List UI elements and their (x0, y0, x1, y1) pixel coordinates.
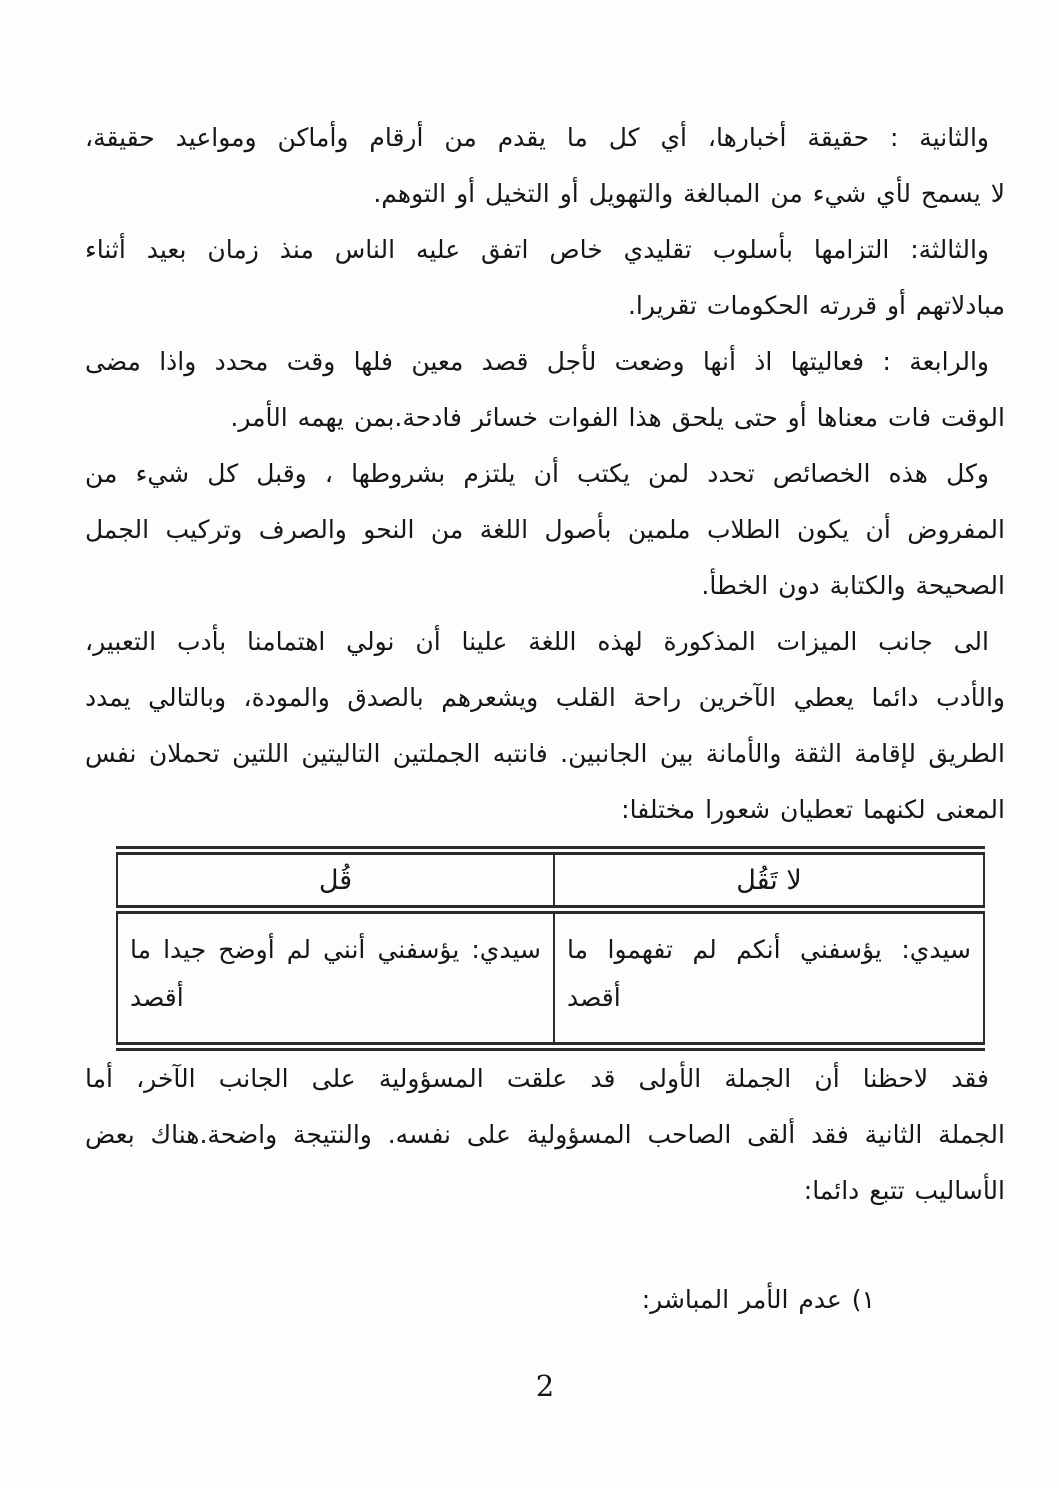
text-line: والأدب دائما يعطي الآخرين راحة القلب ويش… (85, 670, 1005, 726)
table-body-row: سيدي: يؤسفني أنكم لم تفهموا ما أقصد سيدي… (117, 910, 984, 1047)
cell-say: سيدي: يؤسفني أنني لم أوضح جيدا ما أقصد (117, 910, 554, 1047)
text-line: لا يسمح لأي شيء من المبالغة والتهويل أو … (85, 166, 1005, 222)
text-line: الى جانب الميزات المذكورة لهذه اللغة علي… (85, 614, 1005, 670)
text-line: فقد لاحظنا أن الجملة الأولى قد علقت المس… (85, 1051, 1005, 1107)
text-line: المفروض أن يكون الطلاب ملمين بأصول اللغة… (85, 502, 1005, 558)
text-line: والرابعة : فعاليتها اذ أنها وضعت لأجل قص… (85, 334, 1005, 390)
document-page: والثانية : حقيقة أخبارها، أي كل ما يقدم … (0, 0, 1059, 1488)
text-line: الوقت فات معناها أو حتى يلحق هذا الفوات … (85, 390, 1005, 446)
text-line: المعنى لكنهما تعطيان شعورا مختلفا: (85, 782, 1005, 838)
table-header-row: لا تَقُل قُل (117, 851, 984, 910)
text-line: مبادلاتهم أو قررته الحكومات تقريرا. (85, 278, 1005, 334)
text-line: الطريق لإقامة الثقة والأمانة بين الجانبي… (85, 726, 1005, 782)
text-line: الأساليب تتبع دائما: (85, 1163, 1005, 1219)
cell-text-line: أقصد (567, 974, 971, 1022)
text-line: وكل هذه الخصائص تحدد لمن يكتب أن يلتزم ب… (85, 446, 1005, 502)
column-header-say: قُل (117, 851, 554, 910)
cell-text-line: سيدي: يؤسفني أنني لم أوضح جيدا ما (130, 926, 541, 974)
cell-text-line: سيدي: يؤسفني أنكم لم تفهموا ما (567, 926, 971, 974)
text-line: والثانية : حقيقة أخبارها، أي كل ما يقدم … (85, 110, 1005, 166)
page-number: 2 (85, 1366, 1005, 1406)
cell-dont-say: سيدي: يؤسفني أنكم لم تفهموا ما أقصد (554, 910, 984, 1047)
text-line: الجملة الثانية فقد ألقى الصاحب المسؤولية… (85, 1107, 1005, 1163)
document-body: والثانية : حقيقة أخبارها، أي كل ما يقدم … (0, 0, 1059, 1406)
column-header-dont-say: لا تَقُل (554, 851, 984, 910)
numbered-item: ١) عدم الأمر المباشر: (85, 1272, 1005, 1328)
text-line: الصحيحة والكتابة دون الخطأ. (85, 558, 1005, 614)
cell-text-line: أقصد (130, 974, 541, 1022)
text-line: والثالثة: التزامها بأسلوب تقليدي خاص اتف… (85, 222, 1005, 278)
say-dont-say-table: لا تَقُل قُل سيدي: يؤسفني أنكم لم تفهموا… (116, 846, 985, 1051)
